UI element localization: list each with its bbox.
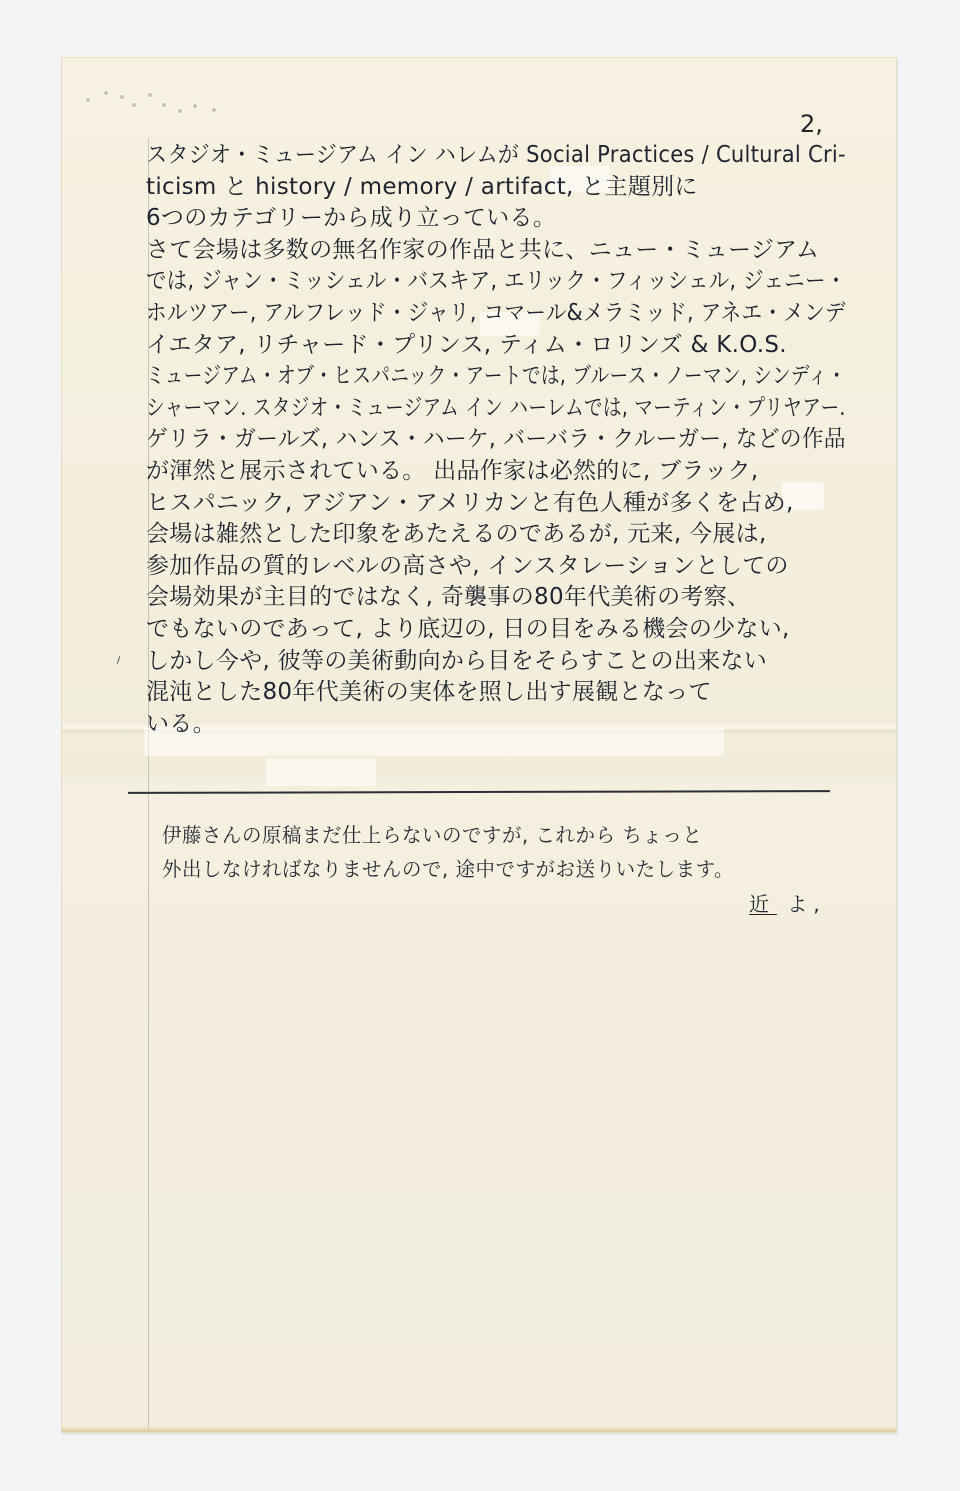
binding-hole — [86, 98, 90, 102]
binding-hole — [178, 109, 182, 113]
letter-page: 2, スタジオ・ミュージアム イン ハレムが Social Practices … — [62, 58, 896, 1432]
margin-pencil-mark — [117, 656, 121, 664]
binding-hole — [104, 91, 108, 95]
body-line-11: が渾然と展示されている。 出品作家は必然的に, ブラック, — [146, 456, 846, 488]
body-line-15: 会場効果が主目的ではなく, 奇襲事の80年代美術の考察、 — [146, 582, 846, 614]
body-line-12: ヒスパニック, アジアン・アメリカンと有色人種が多くを占め, — [146, 488, 846, 520]
binding-hole — [193, 104, 197, 108]
page-number: 2, — [800, 110, 823, 138]
body-line-19: いる。 — [146, 709, 846, 741]
section-divider — [128, 790, 830, 794]
letter-body: スタジオ・ミュージアム イン ハレムが Social Practices / C… — [146, 140, 846, 740]
body-line-1: スタジオ・ミュージアム イン ハレムが Social Practices / C… — [146, 140, 787, 172]
body-line-8: ミュージアム・オブ・ヒスパニック・アートでは, ブルース・ノーマン, シンディ・ — [146, 361, 717, 393]
correction-patch — [266, 758, 376, 786]
binding-hole — [120, 95, 124, 99]
signature-underline — [749, 914, 777, 915]
binding-hole — [162, 103, 166, 107]
body-line-16: でもないのであって, より底辺の, 日の目をみる機会の少ない, — [146, 614, 846, 646]
body-line-14: 参加作品の質的レベルの高さや, インスタレーションとしての — [146, 551, 846, 583]
body-line-13: 会場は雑然とした印象をあたえるのであるが, 元来, 今展は, — [146, 519, 846, 551]
body-line-2: ticism と history / memory / artifact, と主… — [146, 172, 846, 204]
body-line-17: しかし今や, 彼等の美術動向から目をそらすことの出来ない — [146, 646, 846, 678]
binding-hole — [212, 108, 216, 112]
body-line-5: では, ジャン・ミッシェル・バスキア, エリック・フィッシェル, ジェニー・ — [146, 266, 770, 298]
body-line-10: ゲリラ・ガールズ, ハンス・ハーケ, バーバラ・クルーガー, などの作品 — [146, 424, 808, 456]
signature: 近 よ, — [749, 888, 826, 917]
body-line-4: さて会場は多数の無名作家の作品と共に、ニュー・ミュージアム — [146, 235, 846, 267]
body-line-3: 6つのカテゴリーから成り立っている。 — [146, 203, 846, 235]
binding-hole — [148, 93, 152, 97]
binding-hole — [132, 103, 136, 107]
postscript-note: 伊藤さんの原稿まだ仕上らないのですが, これから ちょっと 外出しなければなりま… — [162, 818, 842, 886]
postscript-line-1: 伊藤さんの原稿まだ仕上らないのですが, これから ちょっと — [162, 818, 822, 852]
body-line-9: シャーマン. スタジオ・ミュージアム イン ハーレムでは, マーティン・プリヤア… — [146, 393, 715, 425]
body-line-18: 混沌とした80年代美術の実体を照し出す展観となって — [146, 677, 846, 709]
body-line-7: イエタア, リチャード・プリンス, ティム・ロリンズ & K.O.S. — [146, 330, 846, 362]
binding-holes — [82, 73, 242, 103]
body-line-6: ホルツアー, アルフレッド・ジャリ, コマール&メラミッド, アネエ・メンデ — [146, 298, 773, 330]
postscript-line-2: 外出しなければなりませんので, 途中ですがお送りいたします。 — [162, 852, 822, 886]
